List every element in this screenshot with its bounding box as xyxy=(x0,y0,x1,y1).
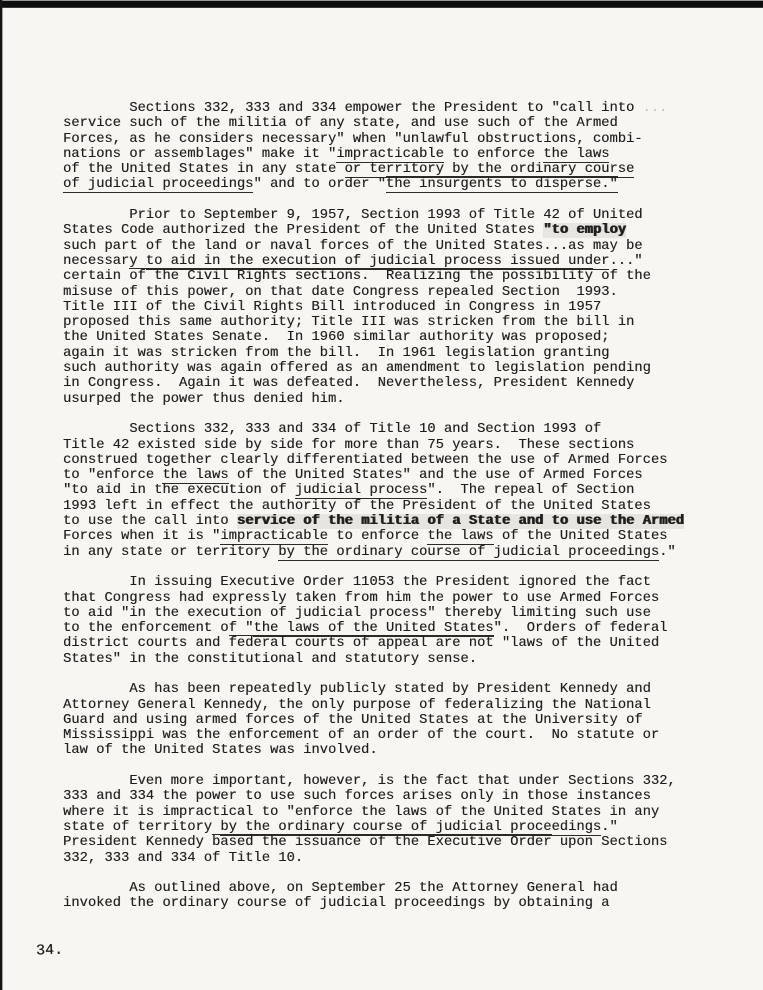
text-segment: in any state or territory xyxy=(63,545,278,560)
underlined-text: the laws xyxy=(427,529,493,545)
text-segment: upon Sections xyxy=(552,835,668,850)
text-segment: "to aid in the execution of xyxy=(63,483,295,498)
text-segment: state of territory xyxy=(63,820,220,835)
smudged-text: service of the militia of a State and to… xyxy=(237,514,684,529)
underlined-text: the laws xyxy=(543,147,609,163)
text-line: in Congress. Again it was defeated. Neve… xyxy=(63,376,723,391)
text-segment: ..." xyxy=(609,254,642,269)
text-line: Even more important, however, is the fac… xyxy=(63,774,723,789)
text-line: usurped the power thus denied him. xyxy=(63,392,723,407)
overlined-text: of the Civil Rights sections. Realizing … xyxy=(129,268,593,284)
text-line: Forces when it is "impracticable to enfo… xyxy=(63,529,723,544)
text-line: to use the call into service of the mili… xyxy=(63,514,723,529)
text-line: where it is impractical to "enforce the … xyxy=(63,805,723,820)
paragraph: Prior to September 9, 1957, Section 1993… xyxy=(63,208,723,407)
overlined-text: based the issuance of the Executive Orde… xyxy=(212,834,551,850)
text-line: service such of the militia of any state… xyxy=(63,116,723,131)
text-line: Guard and using armed forces of the Unit… xyxy=(63,713,723,728)
text-line: such authority was again offered as an a… xyxy=(63,361,723,376)
scan-artifact-left-edge xyxy=(0,0,3,990)
text-segment: States Code authorized the President of … xyxy=(63,223,543,238)
text-segment: 1993 left in effect the authority of the… xyxy=(63,499,651,514)
text-line: In issuing Executive Order 11053 the Pre… xyxy=(63,575,723,590)
text-segment: that Congress had expressly taken from h… xyxy=(63,591,659,606)
text-segment: Forces, as he considers necessary" when … xyxy=(63,132,643,147)
text-segment: usurped the power thus denied him. xyxy=(63,392,345,407)
text-segment: Title III of the Civil Rights Bill intro… xyxy=(63,300,601,315)
underlined-text: by the ordinary course of judicial proce… xyxy=(278,545,659,561)
text-line: state of territory by the ordinary cours… xyxy=(63,820,723,835)
text-line: in any state or territory by the ordinar… xyxy=(63,545,723,560)
text-segment: Sections 332, 333 and 334 of Title 10 an… xyxy=(63,422,601,437)
text-line: Title III of the Civil Rights Bill intro… xyxy=(63,300,723,315)
text-segment: such authority was again offered as an a… xyxy=(63,361,651,376)
text-block: Sections 332, 333 and 334 empower the Pr… xyxy=(63,101,723,927)
text-segment: service such of the militia of any state… xyxy=(63,116,618,131)
text-segment: 333 and 334 the power to use such forces… xyxy=(63,789,651,804)
text-segment: of the United States in any state xyxy=(63,162,345,177)
text-segment: Even more important, however, is the fac… xyxy=(63,774,676,789)
paragraph: As has been repeatedly publicly stated b… xyxy=(63,682,723,758)
underlined-text: impracticable xyxy=(336,147,444,163)
text-segment: to "enforce xyxy=(63,468,162,483)
text-segment: In issuing Executive Order 11053 the Pre… xyxy=(63,575,651,590)
paragraph: Sections 332, 333 and 334 of Title 10 an… xyxy=(63,422,723,560)
text-segment: Title 42 existed side by side for more t… xyxy=(63,438,634,453)
text-line: necessary to aid in the execution of jud… xyxy=(63,254,723,269)
text-segment: certain xyxy=(63,269,129,284)
text-segment: ." xyxy=(659,545,676,560)
text-line: Forces, as he considers necessary" when … xyxy=(63,132,723,147)
text-segment: in Congress. Again it was defeated. Neve… xyxy=(63,376,634,391)
smudged-text: "to employ xyxy=(543,223,626,238)
text-line: As outlined above, on September 25 the A… xyxy=(63,881,723,896)
text-line: nations or assemblages" make it "impract… xyxy=(63,147,723,162)
text-line: President Kennedy based the issuance of … xyxy=(63,835,723,850)
overlined-text: federal courts of appeal are not xyxy=(229,635,494,651)
paragraph: As outlined above, on September 25 the A… xyxy=(63,881,723,912)
text-segment: Mississippi was the enforcement of an or… xyxy=(63,728,659,743)
text-line: Attorney General Kennedy, the only purpo… xyxy=(63,698,723,713)
text-segment: to use the call into xyxy=(63,514,237,529)
paragraph: Sections 332, 333 and 334 empower the Pr… xyxy=(63,101,723,193)
text-line: 332, 333 and 334 of Title 10. xyxy=(63,851,723,866)
text-line: States" in the constitutional and statut… xyxy=(63,652,723,667)
text-line: law of the United States was involved. xyxy=(63,743,723,758)
text-line: invoked the ordinary course of judicial … xyxy=(63,896,723,911)
text-segment: ". Orders of federal xyxy=(494,621,668,636)
text-segment: where it is impractical to "enforce the … xyxy=(63,805,659,820)
text-line: to "enforce the laws of the United State… xyxy=(63,468,723,483)
text-segment: again it was stricken from the bill. In … xyxy=(63,346,609,361)
text-line: that Congress had expressly taken from h… xyxy=(63,591,723,606)
text-line: such part of the land or naval forces of… xyxy=(63,239,723,254)
text-segment: the United States Senate. In 1960 simila… xyxy=(63,330,609,345)
text-line: Sections 332, 333 and 334 empower the Pr… xyxy=(63,101,723,116)
text-segment: to enforce xyxy=(444,147,543,162)
text-line: of the United States in any state or ter… xyxy=(63,162,723,177)
text-line: Sections 332, 333 and 334 of Title 10 an… xyxy=(63,422,723,437)
text-segment: of the United States xyxy=(494,529,668,544)
text-line: 1993 left in effect the authority of the… xyxy=(63,499,723,514)
text-segment: Sections 332, 333 and 334 empower the Pr… xyxy=(63,101,634,116)
text-segment: As outlined above, on September 25 the A… xyxy=(63,881,618,896)
text-segment: necessary xyxy=(63,254,146,269)
text-segment: to aid "in the execution of judicial pro… xyxy=(63,606,651,621)
text-line: of judicial proceedings" and to order "t… xyxy=(63,177,723,192)
text-segment: law of the United States was involved. xyxy=(63,743,378,758)
text-segment: proposed this same authority; Title III … xyxy=(63,315,634,330)
text-segment: " and to order " xyxy=(253,177,385,192)
paragraph: In issuing Executive Order 11053 the Pre… xyxy=(63,575,723,667)
text-line: proposed this same authority; Title III … xyxy=(63,315,723,330)
text-segment: nations or assemblages" make it " xyxy=(63,147,336,162)
text-line: to aid "in the execution of judicial pro… xyxy=(63,606,723,621)
scan-artifact-top-edge xyxy=(0,0,763,8)
text-line: district courts and federal courts of ap… xyxy=(63,636,723,651)
text-segment: ". The repeal of Section xyxy=(427,483,634,498)
text-segment: ." xyxy=(601,820,618,835)
text-line: "to aid in the execution of judicial pro… xyxy=(63,483,723,498)
page-number: 34. xyxy=(36,942,64,960)
text-segment: to the enforcement of " xyxy=(63,621,253,636)
text-segment: of the United States" and the use of Arm… xyxy=(229,468,643,483)
underlined-text: of judicial proceedings xyxy=(63,177,253,193)
text-segment: As has been repeatedly publicly stated b… xyxy=(63,682,651,697)
text-line: 333 and 334 the power to use such forces… xyxy=(63,789,723,804)
paragraph: Even more important, however, is the fac… xyxy=(63,774,723,866)
text-segment: ... xyxy=(634,101,667,116)
text-line: construed together clearly differentiate… xyxy=(63,453,723,468)
text-line: As has been repeatedly publicly stated b… xyxy=(63,682,723,697)
text-line: Title 42 existed side by side for more t… xyxy=(63,438,723,453)
text-segment: 332, 333 and 334 of Title 10. xyxy=(63,851,303,866)
text-segment: district courts and xyxy=(63,636,229,651)
text-line: Prior to September 9, 1957, Section 1993… xyxy=(63,208,723,223)
underlined-text: judicial process xyxy=(295,483,427,499)
text-segment: to enforce xyxy=(328,529,427,544)
text-line: Mississippi was the enforcement of an or… xyxy=(63,728,723,743)
text-segment: invoked the ordinary course of judicial … xyxy=(63,896,609,911)
text-segment: construed together clearly differentiate… xyxy=(63,453,667,468)
text-line: the United States Senate. In 1960 simila… xyxy=(63,330,723,345)
underlined-text: impracticable xyxy=(220,529,328,545)
text-line: certain of the Civil Rights sections. Re… xyxy=(63,269,723,284)
text-segment: Prior to September 9, 1957, Section 1993… xyxy=(63,208,643,223)
text-segment: States" in the constitutional and statut… xyxy=(63,652,477,667)
text-segment: Guard and using armed forces of the Unit… xyxy=(63,713,643,728)
text-segment: misuse of this power, on that date Congr… xyxy=(63,285,618,300)
text-line: States Code authorized the President of … xyxy=(63,223,723,238)
text-segment: "laws of the United xyxy=(494,636,660,651)
underlined-text: the insurgents to disperse." xyxy=(386,176,618,193)
text-line: to the enforcement of "the laws of the U… xyxy=(63,621,723,636)
text-segment: Attorney General Kennedy, the only purpo… xyxy=(63,698,651,713)
scanned-document-page: { "document": { "page_number": "34.", "i… xyxy=(0,0,763,990)
text-segment: President Kennedy xyxy=(63,835,212,850)
underlined-text: the laws xyxy=(162,468,228,484)
text-segment: Forces when it is " xyxy=(63,529,220,544)
text-segment: such part of the land or naval forces of… xyxy=(63,239,643,254)
text-line: again it was stricken from the bill. In … xyxy=(63,346,723,361)
text-segment: of the xyxy=(593,269,651,284)
text-line: misuse of this power, on that date Congr… xyxy=(63,285,723,300)
